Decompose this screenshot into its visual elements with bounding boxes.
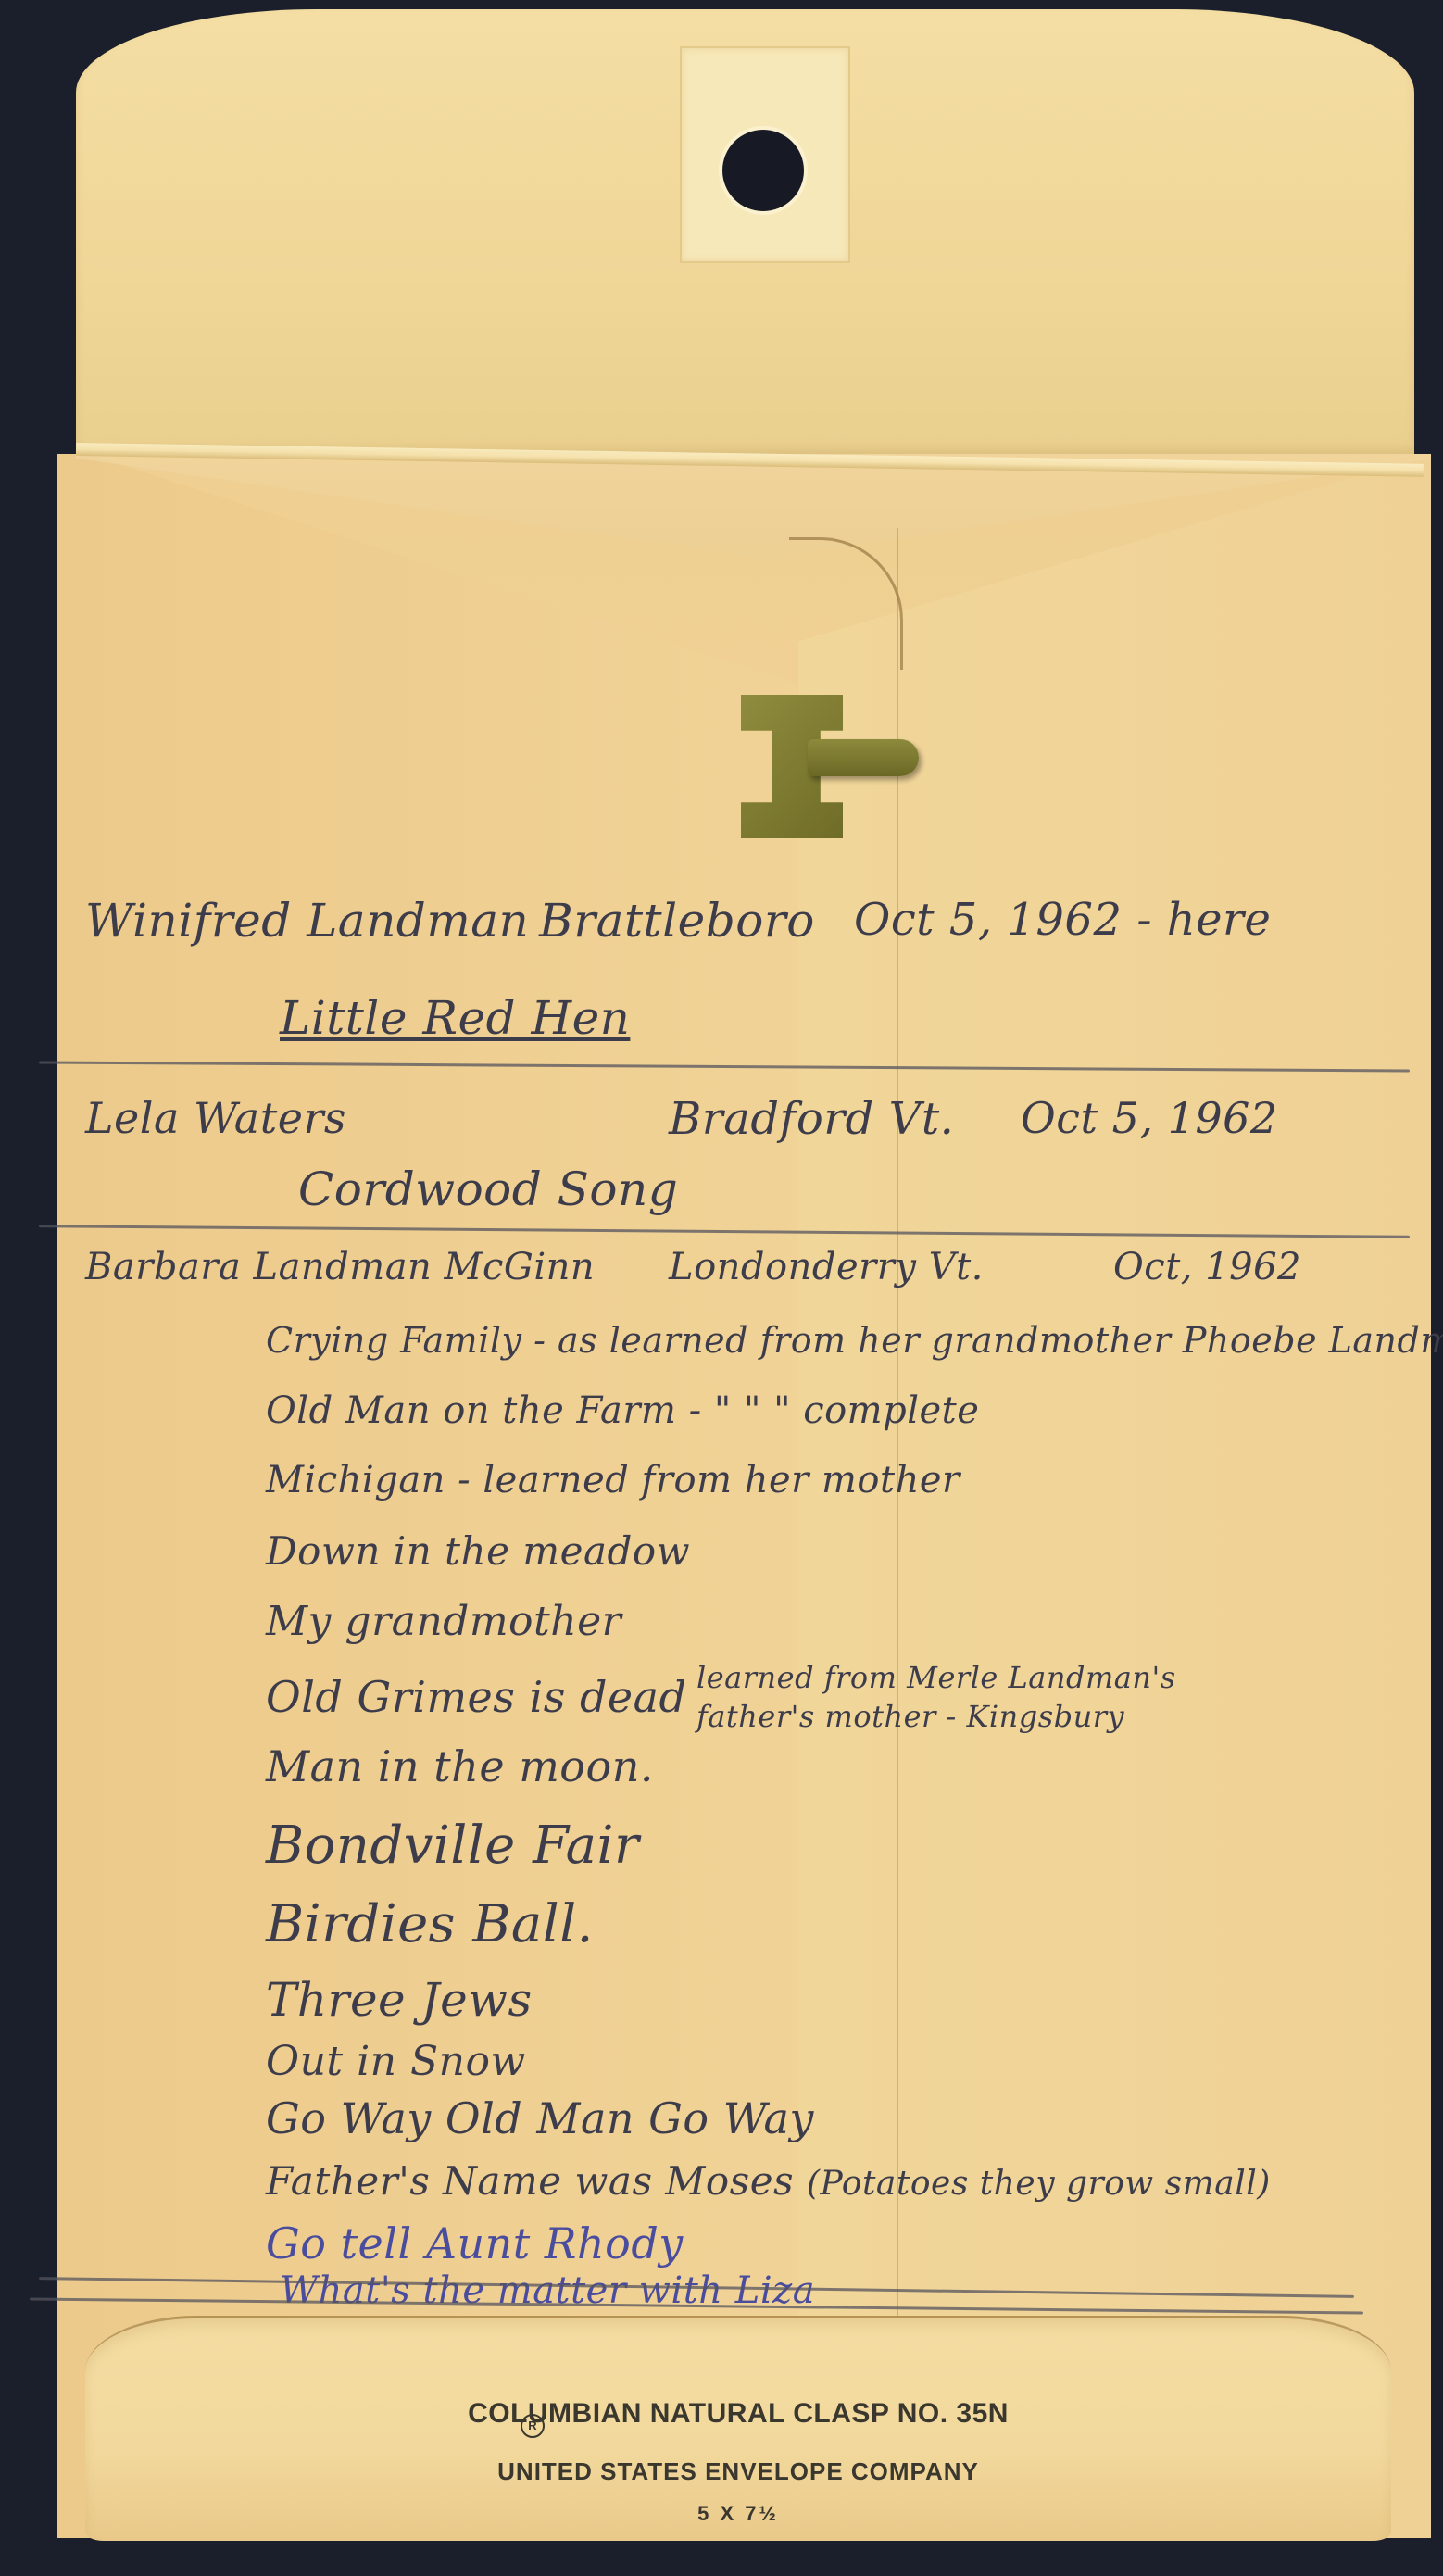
entry-1-song: Little Red Hen <box>280 991 630 1045</box>
entry-3-place: Londonderry Vt. <box>669 1246 984 1288</box>
song-item: Birdies Ball. <box>266 1894 594 1954</box>
song-item: Three Jews <box>266 1973 533 2027</box>
printed-label-size: 5 X 7½ <box>85 2502 1391 2526</box>
song-item: Man in the moon. <box>266 1741 654 1791</box>
song-item: Old Man on the Farm - " " " complete <box>266 1389 979 1432</box>
song-item: Crying Family - as learned from her gran… <box>266 1320 1443 1361</box>
song-note: learned from Merle Landman's father's mo… <box>696 1658 1271 1736</box>
bottom-flap: COLUMBIAN NATURAL CLASP NO. 35N UNITED S… <box>85 2316 1391 2541</box>
song-item: Bondville Fair <box>266 1816 639 1876</box>
song-item: Father's Name was Moses (Potatoes they g… <box>266 2158 1271 2204</box>
entry-2-place: Bradford Vt. <box>669 1093 954 1145</box>
entry-3-date: Oct, 1962 <box>1113 1246 1301 1288</box>
eyelet-hole-icon <box>722 130 804 211</box>
entry-2-date: Oct 5, 1962 <box>1021 1093 1278 1143</box>
entry-1-date: Oct 5, 1962 - here <box>854 894 1271 946</box>
printed-label-line2: UNITED STATES ENVELOPE COMPANY <box>85 2457 1391 2486</box>
registered-mark-icon: R <box>521 2414 545 2438</box>
printed-label-line1: COLUMBIAN NATURAL CLASP NO. 35N <box>85 2398 1391 2430</box>
entry-2-informant: Lela Waters <box>85 1093 346 1143</box>
entry-2-song: Cordwood Song <box>298 1162 678 1216</box>
song-item: Old Grimes is dead <box>266 1672 687 1722</box>
entry-1-informant: Winifred Landman <box>85 894 529 948</box>
entry-3-informant: Barbara Landman McGinn <box>85 1246 595 1288</box>
brass-clasp-icon[interactable] <box>741 695 926 843</box>
entry-1-place: Brattleboro <box>539 894 815 948</box>
song-item: Down in the meadow <box>266 1528 690 1574</box>
reinforced-tab <box>680 46 850 263</box>
song-item: Go Way Old Man Go Way <box>266 2093 814 2143</box>
envelope: Winifred Landman Brattleboro Oct 5, 1962… <box>57 9 1431 2566</box>
song-item: Out in Snow <box>266 2038 526 2085</box>
song-item-blue-ink: Go tell Aunt Rhody <box>266 2218 684 2268</box>
song-item: My grandmother <box>266 1598 621 1645</box>
clasp-prong[interactable] <box>808 739 919 776</box>
song-item: Michigan - learned from her mother <box>266 1459 960 1502</box>
scanned-envelope: Winifred Landman Brattleboro Oct 5, 1962… <box>0 0 1443 2576</box>
